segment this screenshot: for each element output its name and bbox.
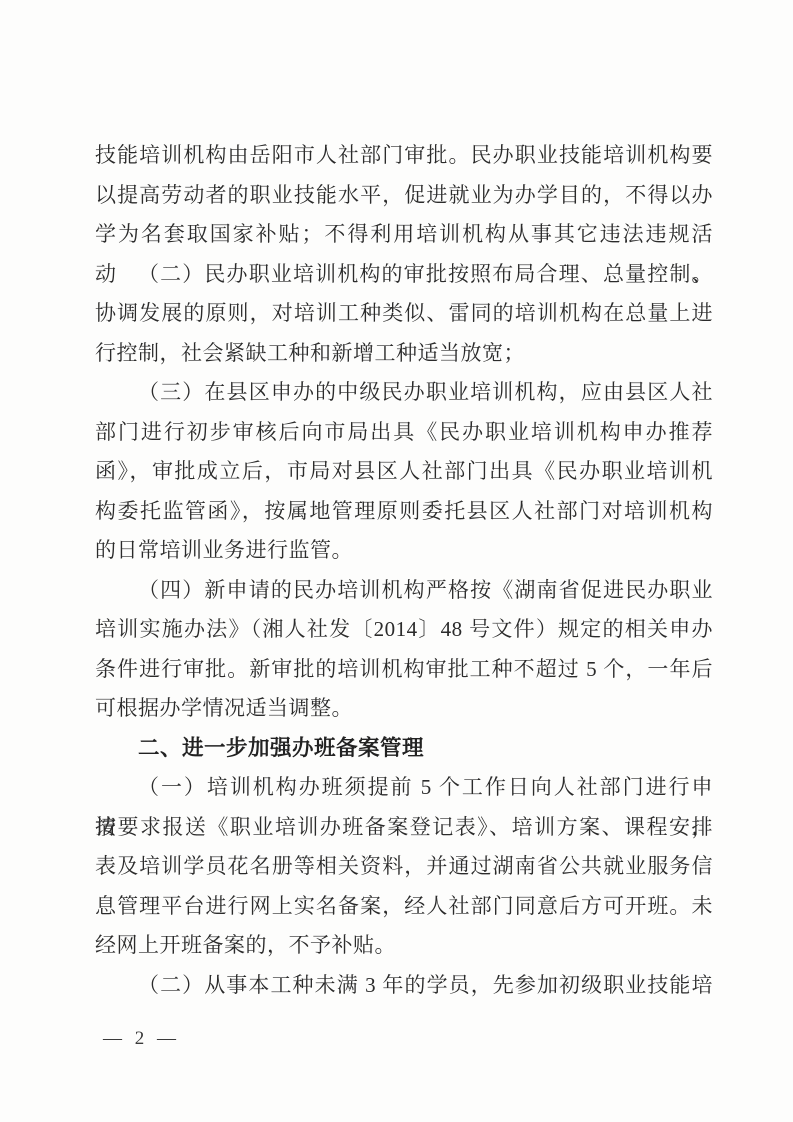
text-line: 可根据办学情况适当调整。	[95, 689, 713, 729]
text-line: 协调发展的原则，对培训工种类似、雷同的培训机构在总量上进	[95, 294, 713, 334]
text-line: （一）培训机构办班须提前 5 个工作日向人社部门进行申请，	[95, 768, 713, 808]
text-line: 构委托监管函》，按属地管理原则委托县区人社部门对培训机构	[95, 492, 713, 532]
text-line: （二）民办职业培训机构的审批按照布局合理、总量控制、	[95, 255, 713, 295]
text-line: 行控制，社会紧缺工种和新增工种适当放宽；	[95, 334, 713, 374]
text-line: 经网上开班备案的，不予补贴。	[95, 926, 713, 966]
text-line: 按要求报送《职业培训办班备案登记表》、培训方案、课程安排	[95, 808, 713, 848]
text-line: （四）新申请的民办培训机构严格按《湖南省促进民办职业	[95, 571, 713, 611]
text-line: 以提高劳动者的职业技能水平，促进就业为办学目的，不得以办	[95, 176, 713, 216]
text-line: 的日常培训业务进行监管。	[95, 531, 713, 571]
text-line: （三）在县区申办的中级民办职业培训机构，应由县区人社	[95, 373, 713, 413]
text-line: 培训实施办法》（湘人社发〔2014〕48 号文件）规定的相关申办	[95, 610, 713, 650]
document-body: 技能培训机构由岳阳市人社部门审批。民办职业技能培训机构要以提高劳动者的职业技能水…	[95, 136, 713, 1005]
document-page: 技能培训机构由岳阳市人社部门审批。民办职业技能培训机构要以提高劳动者的职业技能水…	[0, 0, 793, 1122]
page-number: — 2 —	[103, 1028, 180, 1050]
text-line: 技能培训机构由岳阳市人社部门审批。民办职业技能培训机构要	[95, 136, 713, 176]
section-heading: 二、进一步加强办班备案管理	[95, 729, 713, 769]
text-line: 条件进行审批。新审批的培训机构审批工种不超过 5 个，一年后	[95, 650, 713, 690]
text-line: 部门进行初步审核后向市局出具《民办职业培训机构申办推荐	[95, 413, 713, 453]
text-line: 息管理平台进行网上实名备案，经人社部门同意后方可开班。未	[95, 887, 713, 927]
text-line: 函》，审批成立后，市局对县区人社部门出具《民办职业培训机	[95, 452, 713, 492]
text-line: 学为名套取国家补贴；不得利用培训机构从事其它违法违规活动。	[95, 215, 713, 255]
text-line: 表及培训学员花名册等相关资料，并通过湖南省公共就业服务信	[95, 847, 713, 887]
text-line: （二）从事本工种未满 3 年的学员，先参加初级职业技能培	[95, 966, 713, 1006]
